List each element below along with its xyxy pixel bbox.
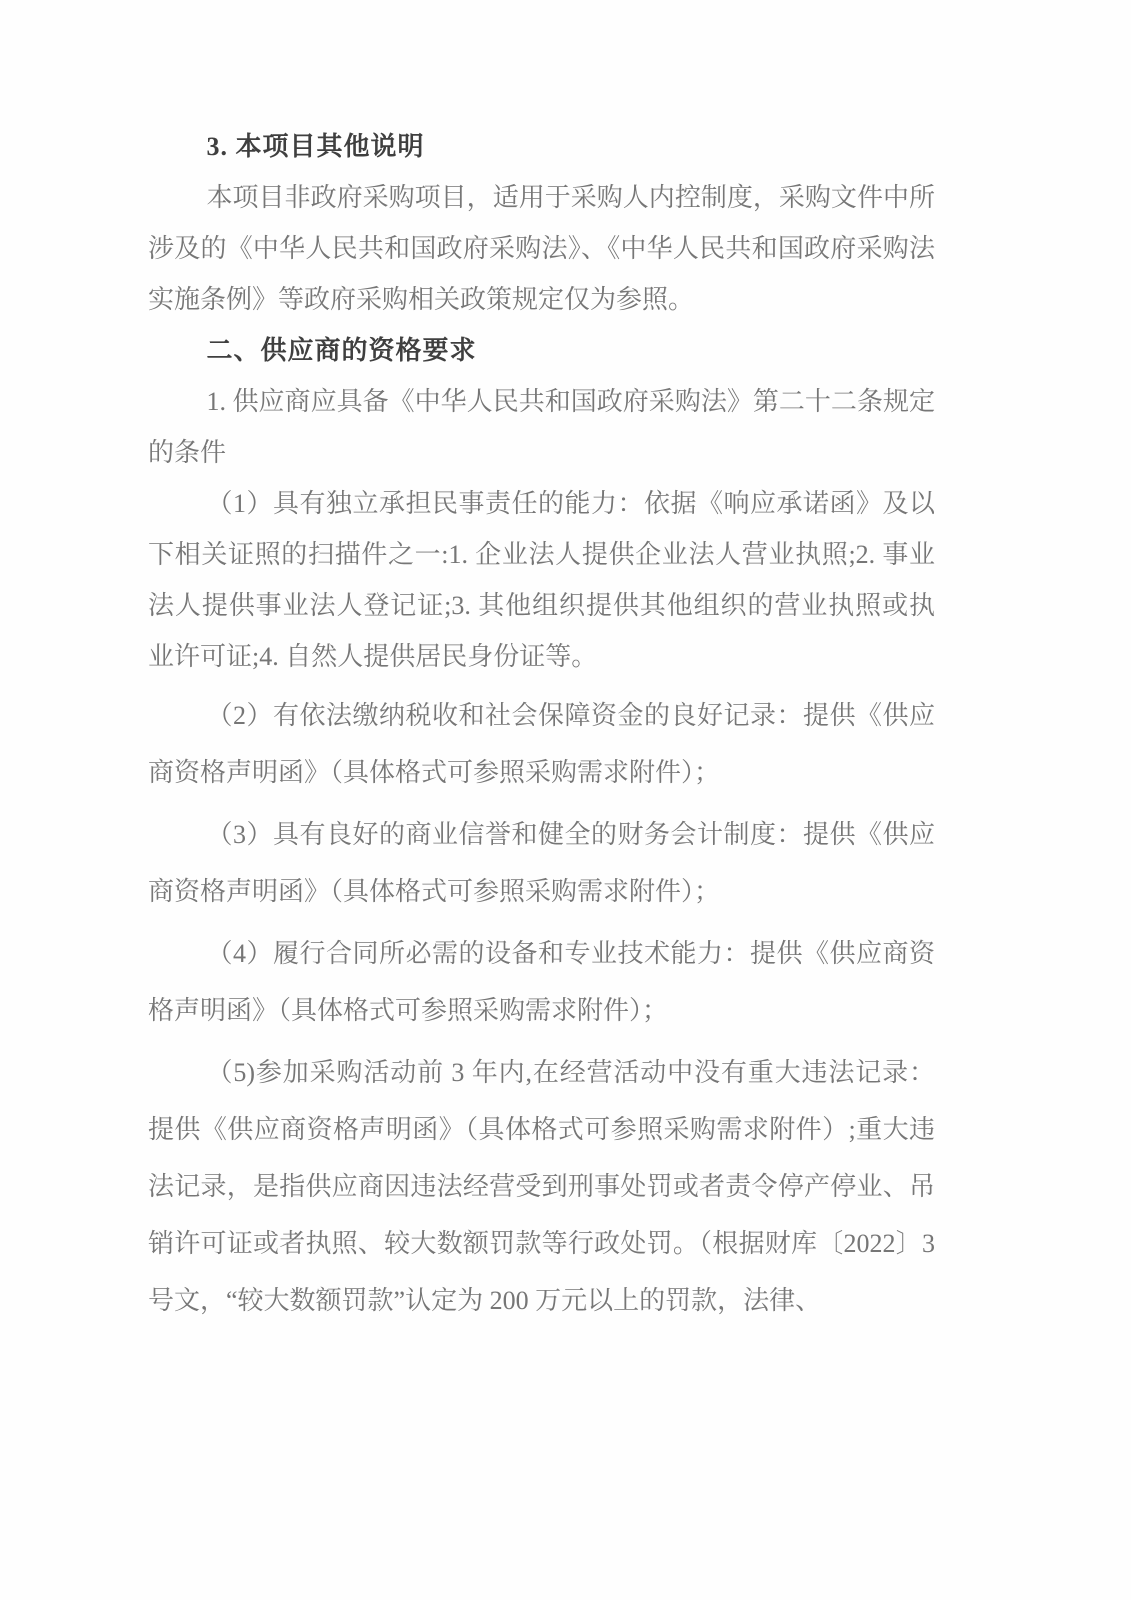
paragraph-qualification-intro: 1. 供应商应具备《中华人民共和国政府采购法》第二十二条规定的条件 [148, 376, 935, 478]
paragraph-condition-3: （3）具有良好的商业信誉和健全的财务会计制度：提供《供应商资格声明函》（具体格式… [148, 806, 935, 920]
section-heading-project-other-notes: 3. 本项目其他说明 [148, 121, 935, 172]
paragraph-condition-5: （5)参加采购活动前 3 年内,在经营活动中没有重大违法记录：提供《供应商资格声… [148, 1044, 935, 1329]
section-heading-supplier-qualification: 二、供应商的资格要求 [148, 325, 935, 376]
document-page: 3. 本项目其他说明 本项目非政府采购项目，适用于采购人内控制度，采购文件中所涉… [0, 0, 1131, 1600]
paragraph-condition-2: （2）有依法缴纳税收和社会保障资金的良好记录：提供《供应商资格声明函》（具体格式… [148, 687, 935, 801]
paragraph-condition-4: （4）履行合同所必需的设备和专业技术能力：提供《供应商资格声明函》（具体格式可参… [148, 925, 935, 1039]
paragraph-condition-1: （1）具有独立承担民事责任的能力：依据《响应承诺函》及以下相关证照的扫描件之一:… [148, 478, 935, 682]
paragraph-project-notes-body: 本项目非政府采购项目，适用于采购人内控制度，采购文件中所涉及的《中华人民共和国政… [148, 172, 935, 325]
